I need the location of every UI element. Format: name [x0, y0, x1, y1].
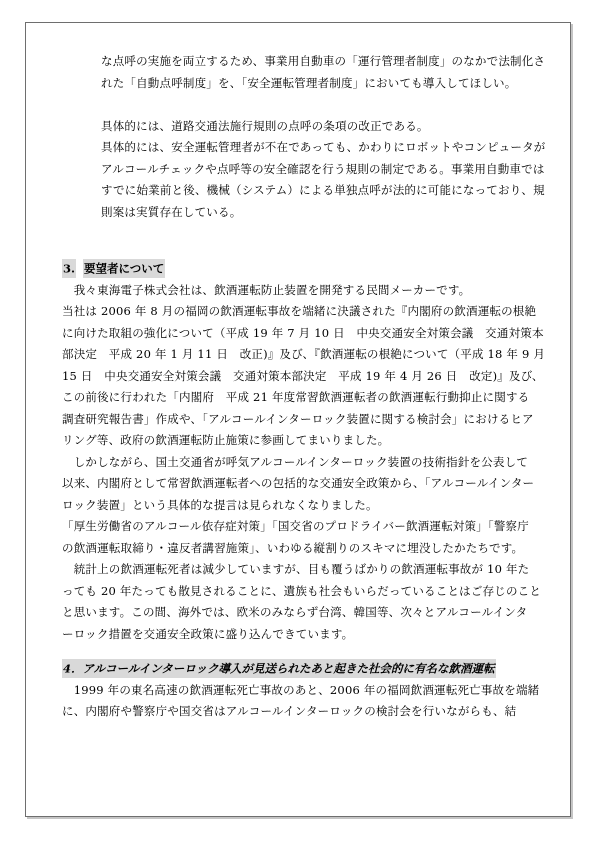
text-line: しかしながら、国土交通省が呼気アルコールインターロック装置の技術指針を公表して — [62, 452, 532, 474]
text-line: 部決定 平成 20 年 1 月 11 日 改正)』及び、『飲酒運転の根絶について… — [62, 344, 532, 366]
section-3-number: 3. — [62, 259, 76, 278]
text-line: に、内閣府や警察庁や国交省はアルコールインターロックの検討会を行いながらも、結 — [62, 701, 532, 723]
text-line: 当社は 2006 年 8 月の福岡の飲酒運転事故を端緒に決議された『内閣府の飲酒… — [62, 301, 532, 323]
section-3-body: 我々東海電子株式会社は、飲酒運転防止装置を開発する民間メーカーです。当社は 20… — [62, 280, 532, 646]
page-border-frame: な点呼の実施を両立するため、事業用自動車の「運行管理者制度」のなかで法制化された… — [25, 22, 571, 817]
text-line: っても 20 年たっても散見されることに、遺族も社会もいらだっていることはご存じ… — [62, 581, 532, 603]
continuation-paragraph-2: 具体的には、道路交通法施行規則の点呼の条項の改正である。具体的には、安全運転管理… — [101, 116, 532, 224]
continuation-quote-block: な点呼の実施を両立するため、事業用自動車の「運行管理者制度」のなかで法制化された… — [101, 51, 532, 223]
text-line: アルコールチェックや点呼等の安全確認を行う規則の制定である。事業用自動車では — [101, 159, 532, 181]
text-line: 我々東海電子株式会社は、飲酒運転防止装置を開発する民間メーカーです。 — [62, 280, 532, 302]
text-line: の飲酒運転取締り・違反者講習施策」、いわゆる縦割りのスキマに埋没したかたちです。 — [62, 538, 532, 560]
text-line: 具体的には、安全運転管理者が不在であっても、かわりにロボットやコンピュータが — [101, 137, 532, 159]
text-line: 調査研究報告書」作成や、「アルコールインターロック装置に関する検討会」におけるヒ… — [62, 409, 532, 431]
text-line: 具体的には、道路交通法施行規則の点呼の条項の改正である。 — [101, 116, 532, 138]
section-3-heading: 3.要望者について — [62, 258, 532, 280]
text-line: すでに始業前と後、機械（システム）による単独点呼が法的に可能になっており、規 — [101, 180, 532, 202]
text-line: ーロック措置を交通安全政策に盛り込んできています。 — [62, 624, 532, 646]
section-4-body: 1999 年の東名高速の飲酒運転死亡事故のあと、2006 年の福岡飲酒運転死亡事… — [62, 680, 532, 723]
text-line: 1999 年の東名高速の飲酒運転死亡事故のあと、2006 年の福岡飲酒運転死亡事… — [62, 680, 532, 702]
text-line: ロック装置」という具体的な提言は見られなくなりました。 — [62, 495, 532, 517]
text-line: な点呼の実施を両立するため、事業用自動車の「運行管理者制度」のなかで法制化さ — [101, 51, 532, 73]
text-line: この前後に行われた「内閣府 平成 21 年度常習飲酒運転者の飲酒運転行動抑止に関… — [62, 387, 532, 409]
section-4-title: 4．アルコールインターロック導入が見送られたあと起きた社会的に有名な飲酒運転 — [62, 659, 496, 678]
section-4-heading: 4．アルコールインターロック導入が見送られたあと起きた社会的に有名な飲酒運転 — [62, 658, 532, 680]
document-page: な点呼の実施を両立するため、事業用自動車の「運行管理者制度」のなかで法制化された… — [0, 0, 596, 842]
text-line: 15 日 中央交通安全対策会議 交通対策本部決定 平成 19 年 4 月 26 … — [62, 366, 532, 388]
continuation-paragraph-1: な点呼の実施を両立するため、事業用自動車の「運行管理者制度」のなかで法制化された… — [101, 51, 532, 94]
section-3-title: 要望者について — [83, 259, 165, 278]
text-line: 則案は実質存在している。 — [101, 202, 532, 224]
text-line: 統計上の飲酒運転死者は減少していますが、目も覆うばかりの飲酒運転事故が 10 年… — [62, 559, 532, 581]
text-line: れた「自動点呼制度」を、「安全運転管理者制度」においても導入してほしい。 — [101, 73, 532, 95]
text-line: と思います。この間、海外では、欧米のみならず台湾、韓国等、次々とアルコールインタ — [62, 602, 532, 624]
text-line: 「厚生労働省のアルコール依存症対策」「国交省のプロドライバー飲酒運転対策」「警察… — [62, 516, 532, 538]
text-line: 以来、内閣府として常習飲酒運転者への包括的な交通安全政策から、「アルコールインタ… — [62, 473, 532, 495]
text-line: リング等、政府の飲酒運転防止施策に参画してまいりました。 — [62, 430, 532, 452]
text-line: に向けた取組の強化について（平成 19 年 7 月 10 日 中央交通安全対策会… — [62, 323, 532, 345]
